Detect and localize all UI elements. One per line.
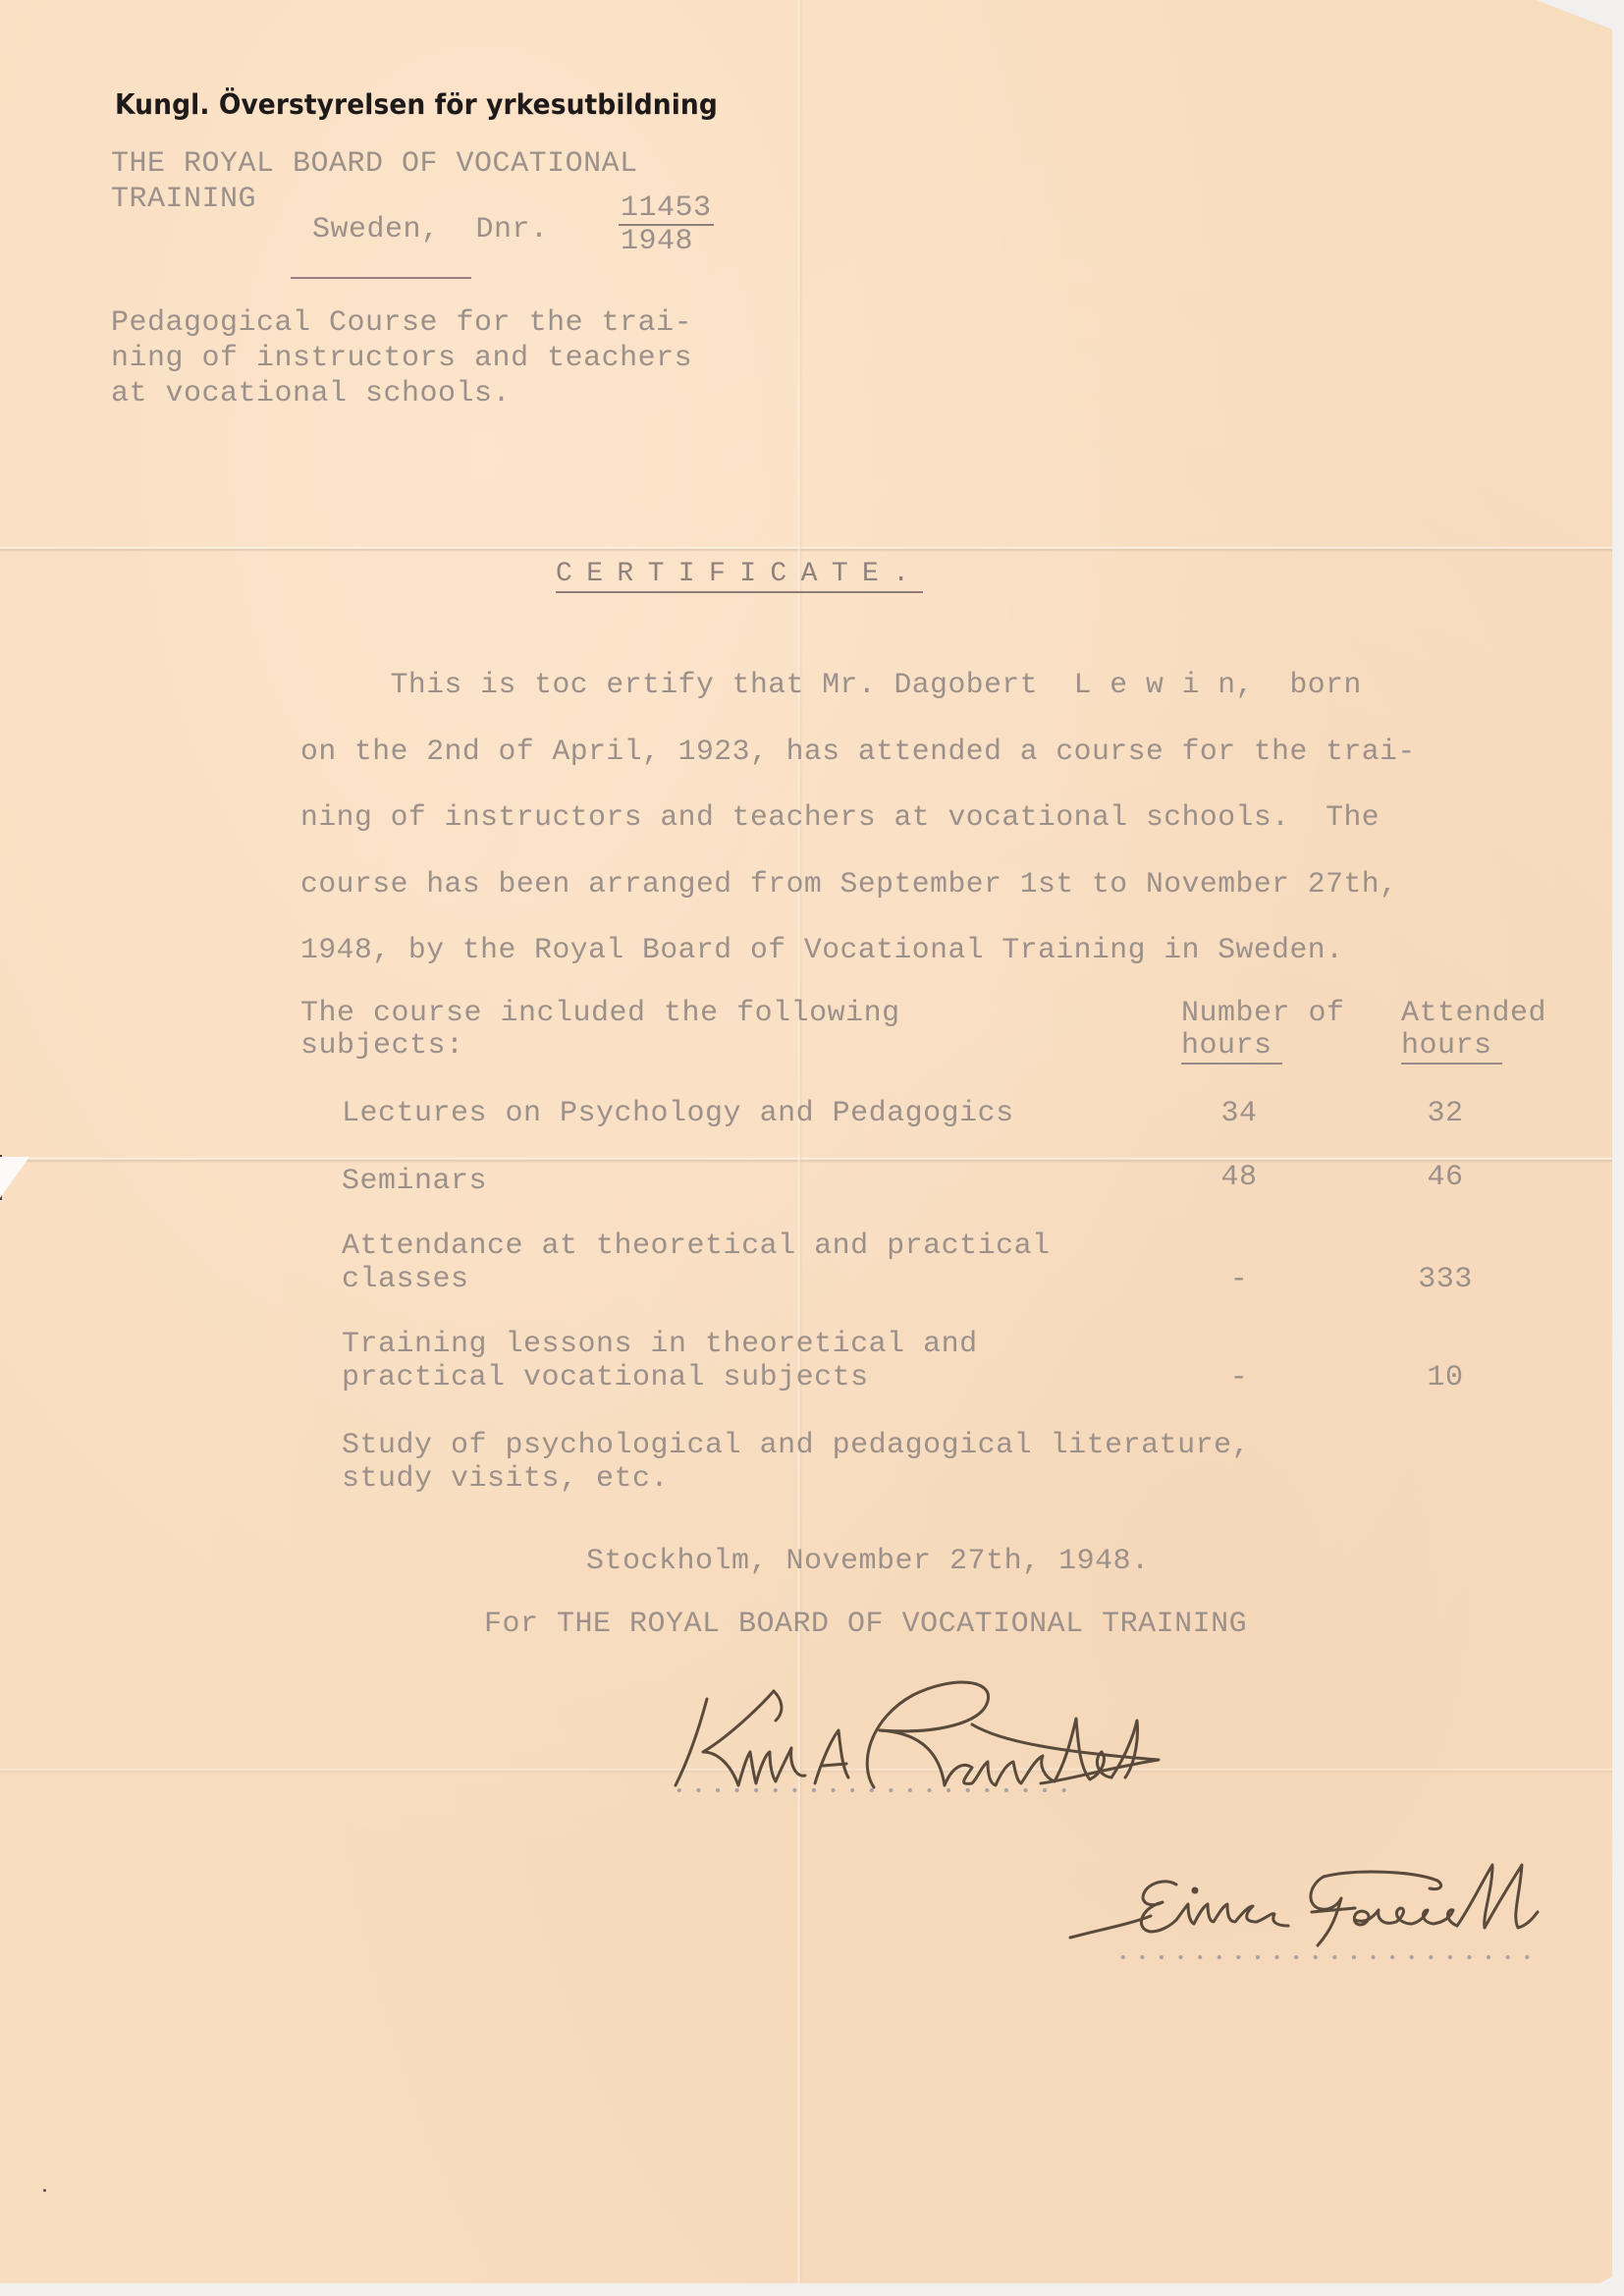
body-line: ning of instructors and teachers at voca… [300, 801, 1380, 835]
body-line: on the 2nd of April, 1923, has attended … [300, 736, 1416, 769]
handwritten-signature-icon [1060, 1851, 1610, 1949]
dnr-year: 1948 [619, 226, 695, 257]
table-cell-number-of-hours: 48 [1200, 1161, 1278, 1194]
signature-dotted-line [670, 1787, 1072, 1793]
subjects-intro-line: subjects: [300, 1029, 464, 1063]
signature-ramstedt: Knut A. Ramstedt [648, 1669, 1178, 1807]
table-row-subject: Attendance at theoretical and practical … [342, 1230, 1051, 1296]
table-row-subject: Training lessons in theoretical and prac… [342, 1328, 978, 1394]
subject-line: classes [342, 1263, 469, 1296]
certificate-paper: Kungl. Överstyrelsen för yrkesutbildning… [0, 0, 1612, 2283]
signature-dotted-line [1113, 1954, 1536, 1960]
horizontal-fold-line [0, 1157, 1612, 1163]
subject-line: Training lessons in theoretical and [342, 1328, 978, 1361]
sender-name-line1: THE ROYAL BOARD OF VOCATIONAL [111, 147, 638, 181]
paper-tear [0, 1157, 29, 1198]
column-header-line: Number of [1181, 997, 1345, 1030]
dnr-number: 11453 [619, 192, 714, 226]
table-cell-attended-hours: 333 [1406, 1263, 1485, 1296]
body-line: course has been arranged from September … [300, 868, 1397, 902]
paper-speck [43, 2189, 46, 2192]
column-header-line: Attended [1401, 997, 1546, 1030]
course-description: Pedagogical Course for the trai- ning of… [111, 305, 692, 411]
subject-line: Study of psychological and pedagogical l… [342, 1429, 1250, 1462]
body-line: This is toc ertify that Mr. Dagobert L e… [300, 669, 1362, 702]
course-description-line: ning of instructors and teachers [111, 342, 692, 375]
table-row-subject: Seminars [342, 1165, 487, 1198]
table-cell-attended-hours: 32 [1406, 1097, 1485, 1130]
vertical-fold-line [797, 0, 802, 2283]
subjects-intro-line: The course included the following [300, 997, 900, 1030]
horizontal-fold-line [0, 546, 1612, 552]
table-cell-attended-hours: 10 [1406, 1361, 1485, 1394]
course-description-line: Pedagogical Course for the trai- [111, 306, 692, 340]
column-header-line-underlined: hours [1401, 1030, 1502, 1065]
issuing-authority-line: For THE ROYAL BOARD OF VOCATIONAL TRAINI… [484, 1608, 1247, 1641]
table-row-subject: Study of psychological and pedagogical l… [342, 1429, 1250, 1496]
certificate-body: This is toc ertify that Mr. Dagobert L e… [300, 653, 1416, 985]
table-row-subject: Lectures on Psychology and Pedagogics [342, 1097, 1014, 1130]
handwritten-signature-icon [648, 1669, 1178, 1807]
column-header-number-of-hours: Number of hours [1181, 998, 1345, 1065]
place-and-date: Stockholm, November 27th, 1948. [586, 1545, 1150, 1578]
subject-line: study visits, etc. [342, 1462, 669, 1496]
table-cell-number-of-hours: - [1200, 1361, 1278, 1394]
column-header-attended-hours: Attended hours [1401, 998, 1546, 1065]
subjects-intro: The course included the following subjec… [300, 998, 900, 1063]
table-cell-number-of-hours: - [1200, 1263, 1278, 1296]
subject-line: practical vocational subjects [342, 1361, 869, 1394]
course-description-line: at vocational schools. [111, 377, 511, 410]
certificate-title: CERTIFICATE. [556, 560, 923, 593]
divider-rule [291, 277, 471, 279]
sender-name-line2: TRAINING [111, 183, 256, 216]
sender-country-dnr-label: Sweden, Dnr. [312, 213, 549, 246]
table-cell-number-of-hours: 34 [1200, 1097, 1278, 1130]
subject-line: Attendance at theoretical and practical [342, 1230, 1051, 1263]
column-header-line-underlined: hours [1181, 1030, 1282, 1065]
signature-forsell: Einar Forsell [1060, 1851, 1610, 1969]
table-cell-attended-hours: 46 [1406, 1161, 1485, 1194]
body-line: 1948, by the Royal Board of Vocational T… [300, 934, 1343, 967]
letterhead-organization: Kungl. Överstyrelsen för yrkesutbildning [115, 88, 718, 121]
